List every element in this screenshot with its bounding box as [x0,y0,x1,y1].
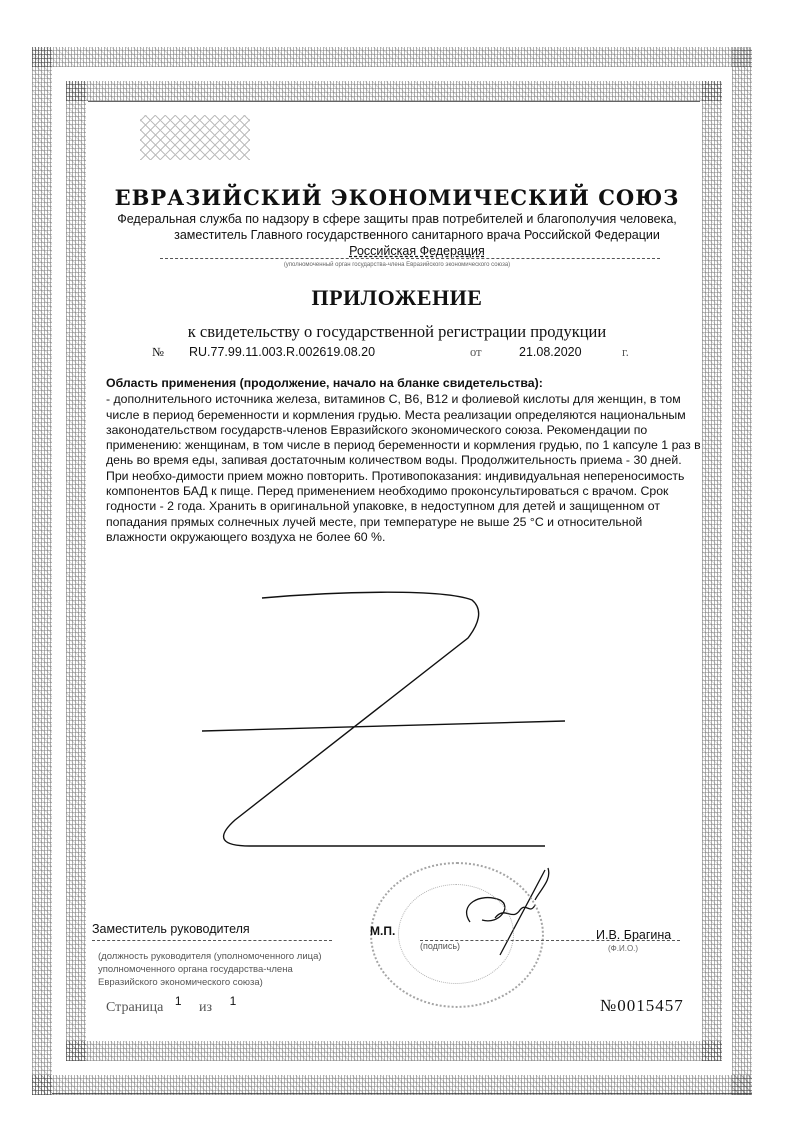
signer-caption: (Ф.И.О.) [608,944,638,953]
page-current: 1 [175,994,182,1008]
page-label: Страница [106,1000,163,1015]
page-total: 1 [230,994,237,1008]
page-of-label: из [199,1000,212,1015]
signer-position: Заместитель руководителя [92,922,250,936]
official-stamp [370,862,544,1008]
page-indicator: Страница 1 из 1 [106,1000,236,1016]
stamp-initials: М.П. [370,924,395,938]
signer-name: И.В. Брагина [596,928,671,942]
position-caption: (должность руководителя (уполномоченного… [98,950,338,989]
form-serial-number: №0015457 [600,996,684,1016]
stamp-caption: (подпись) [420,941,460,951]
position-underline [92,940,332,941]
